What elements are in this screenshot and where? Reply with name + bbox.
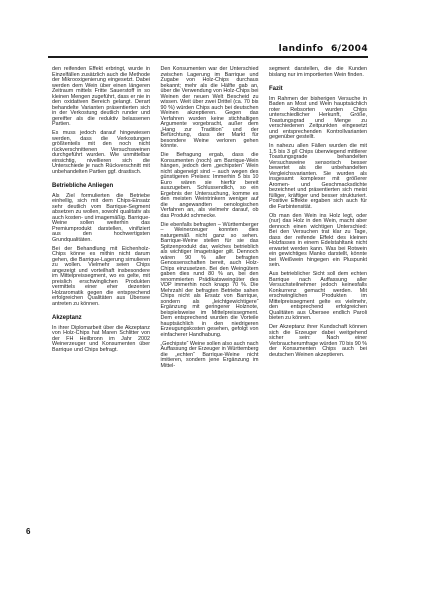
paragraph: Als Ziel formulierten die Betriebe einhe… [52, 194, 150, 244]
paragraph: Die ebenfalls befragten – Württemberger … [161, 223, 259, 339]
paragraph: Es muss jedoch darauf hingewiesen werden… [52, 131, 150, 175]
paragraph: Ob man den Wein ins Holz legt, oder (nur… [269, 214, 367, 269]
paragraph: Den Konsumenten war der Unterschied zwis… [161, 67, 259, 150]
paragraph: Der Akzeptanz ihrer Kundschaft können si… [269, 325, 367, 358]
paragraph: Im Rahmen der bisherigen Versuche in Bad… [269, 97, 367, 141]
paragraph: Die Befragung ergab, dass die Konsumente… [161, 153, 259, 219]
paragraph: Aus betrieblicher Sicht soll dem echten … [269, 272, 367, 322]
text-column-3: segment darstellen, die die Kunden bisla… [269, 67, 367, 373]
text-column-1: den reifenden Effekt erbringt, wurde in … [52, 67, 150, 373]
paragraph: In nahezu allen Fällen wurden die mit 1,… [269, 144, 367, 210]
page-number: 6 [26, 527, 30, 536]
document-page: landinfo 6/2004 den reifenden Effekt erb… [0, 0, 423, 600]
header-rule [48, 56, 368, 58]
section-heading-akzeptanz: Akzeptanz [52, 315, 150, 321]
paragraph: den reifenden Effekt erbringt, wurde in … [52, 67, 150, 128]
paragraph: „Gechipste“ Weine sollen also auch nach … [161, 342, 259, 370]
paragraph: Bei der Behandlung mit Eichenholz-Chips … [52, 247, 150, 308]
paragraph: segment darstellen, die die Kunden bisla… [269, 67, 367, 78]
section-heading-fazit: Fazit [269, 86, 367, 92]
journal-header-title: landinfo 6/2004 [279, 44, 368, 54]
section-heading-betriebliche-anliegen: Betriebliche Anliegen [52, 183, 150, 189]
paragraph: In ihrer Diplomarbeit über die Akzeptanz… [52, 326, 150, 354]
article-body: den reifenden Effekt erbringt, wurde in … [52, 67, 367, 373]
text-column-2: Den Konsumenten war der Unterschied zwis… [161, 67, 259, 373]
